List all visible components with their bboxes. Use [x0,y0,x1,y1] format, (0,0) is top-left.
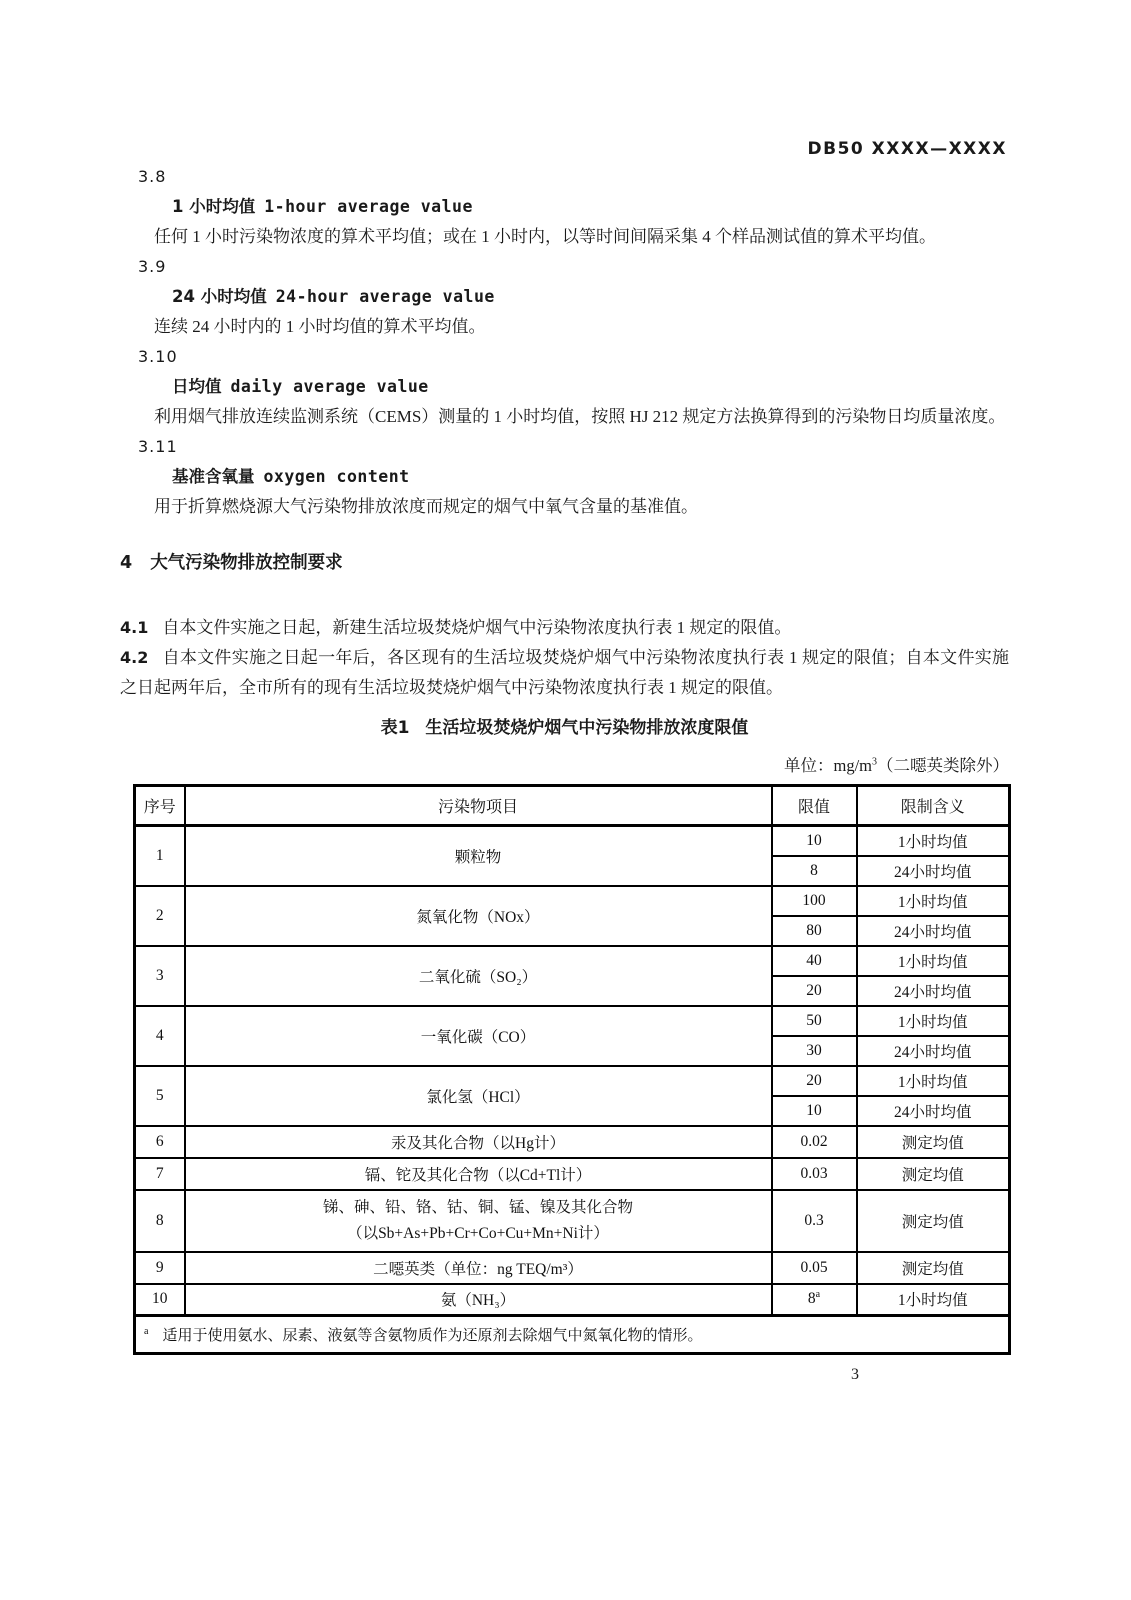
term-heading-3-9: 24 小时均值24-hour average value [172,282,1009,312]
cell-limit: 0.3 [772,1190,857,1252]
clause-4-1: 4.1自本文件实施之日起，新建生活垃圾焚烧炉烟气中污染物浓度执行表 1 规定的限… [120,613,1009,643]
cell-limit: 0.02 [772,1126,857,1158]
footnote-marker: a [144,1326,148,1337]
table-row: 10 氨（NH₃） 8a 1小时均值 [135,1284,1010,1316]
header-cell-limit: 限值 [772,786,857,826]
cell-no: 5 [135,1066,185,1126]
cell-meaning: 1小时均值 [857,1284,1010,1316]
section-number-3-9: 3.9 [138,252,1009,282]
term-heading-3-10: 日均值daily average value [172,372,1009,402]
cell-limit: 40 [772,946,857,976]
term-heading-3-11: 基准含氧量oxygen content [172,462,1009,492]
definition-3-10: 利用烟气排放连续监测系统（CEMS）测量的 1 小时均值，按照 HJ 212 规… [120,402,1009,432]
cell-meaning: 24小时均值 [857,1096,1010,1126]
cell-pollutant: 氮氧化物（NOx） [185,886,772,946]
cell-limit: 30 [772,1036,857,1066]
table-row: 8 锑、砷、铅、铬、钴、铜、锰、镍及其化合物 （以Sb+As+Pb+Cr+Co+… [135,1190,1010,1252]
cell-pollutant: 一氧化碳（CO） [185,1006,772,1066]
cell-limit: 10 [772,1096,857,1126]
cell-pollutant: 汞及其化合物（以Hg计） [185,1126,772,1158]
table-caption-label: 表1 [381,718,410,738]
table-row: 6 汞及其化合物（以Hg计） 0.02 测定均值 [135,1126,1010,1158]
pollutant-line-1: 锑、砷、铅、铬、钴、铜、锰、镍及其化合物 [190,1195,767,1221]
cell-meaning: 24小时均值 [857,916,1010,946]
limit-superscript: a [816,1289,820,1300]
emission-limits-table: 序号 污染物项目 限值 限制含义 1 颗粒物 10 1小时均值 [133,784,1011,1355]
term-en: 24-hour average value [276,287,495,306]
cell-meaning: 1小时均值 [857,826,1010,856]
definition-3-9: 连续 24 小时内的 1 小时均值的算术平均值。 [120,312,1009,342]
table-row: 2 氮氧化物（NOx） 100 1小时均值 [135,886,1010,916]
cell-limit: 0.03 [772,1158,857,1190]
unit-suffix: （二噁英类除外） [877,756,1009,775]
cell-limit: 50 [772,1006,857,1036]
definition-3-11: 用于折算燃烧源大气污染物排放浓度而规定的烟气中氧气含量的基准值。 [120,492,1009,522]
table-row: 3 二氧化硫（SO₂） 40 1小时均值 [135,946,1010,976]
definition-3-8: 任何 1 小时污染物浓度的算术平均值；或在 1 小时内，以等时间间隔采集 4 个… [120,222,1009,252]
section-number-3-10: 3.10 [138,342,1009,372]
cell-limit: 0.05 [772,1252,857,1284]
table-footnote-row: a适用于使用氨水、尿素、液氨等含氨物质作为还原剂去除烟气中氮氧化物的情形。 [135,1316,1010,1354]
cell-meaning: 1小时均值 [857,1006,1010,1036]
cell-meaning: 24小时均值 [857,1036,1010,1066]
cell-limit: 100 [772,886,857,916]
chapter-title: 大气污染物排放控制要求 [150,553,343,573]
cell-no: 9 [135,1252,185,1284]
term-cn: 1 小时均值 [172,197,255,216]
header-cell-no: 序号 [135,786,185,826]
cell-pollutant: 颗粒物 [185,826,772,886]
section-number-3-11: 3.11 [138,432,1009,462]
cell-meaning: 测定均值 [857,1126,1010,1158]
cell-pollutant: 氯化氢（HCl） [185,1066,772,1126]
term-en: oxygen content [264,467,410,486]
cell-limit: 20 [772,976,857,1006]
cell-limit: 8a [772,1284,857,1316]
cell-no: 3 [135,946,185,1006]
cell-limit: 8 [772,856,857,886]
cell-no: 10 [135,1284,185,1316]
cell-pollutant: 氨（NH₃） [185,1284,772,1316]
table-row: 7 镉、铊及其化合物（以Cd+Tl计） 0.03 测定均值 [135,1158,1010,1190]
table-row: 5 氯化氢（HCl） 20 1小时均值 [135,1066,1010,1096]
table-row: 1 颗粒物 10 1小时均值 [135,826,1010,856]
cell-no: 8 [135,1190,185,1252]
term-cn: 24 小时均值 [172,287,267,306]
term-heading-3-8: 1 小时均值1-hour average value [172,192,1009,222]
header-cell-meaning: 限制含义 [857,786,1010,826]
cell-meaning: 1小时均值 [857,946,1010,976]
cell-pollutant: 二噁英类（单位：ng TEQ/m³） [185,1252,772,1284]
section-number-3-8: 3.8 [138,162,1009,192]
cell-pollutant: 锑、砷、铅、铬、钴、铜、锰、镍及其化合物 （以Sb+As+Pb+Cr+Co+Cu… [185,1190,772,1252]
limit-value: 8 [808,1290,816,1307]
cell-meaning: 1小时均值 [857,1066,1010,1096]
cell-no: 1 [135,826,185,886]
clause-4-2: 4.2自本文件实施之日起一年后，各区现有的生活垃圾焚烧炉烟气中污染物浓度执行表 … [120,643,1009,703]
clause-text: 自本文件实施之日起，新建生活垃圾焚烧炉烟气中污染物浓度执行表 1 规定的限值。 [162,618,791,637]
cell-pollutant: 二氧化硫（SO₂） [185,946,772,1006]
table-unit-note: 单位：mg/m3（二噁英类除外） [120,753,1009,779]
footnote-text: 适用于使用氨水、尿素、液氨等含氨物质作为还原剂去除烟气中氮氧化物的情形。 [162,1328,702,1344]
table-row: 4 一氧化碳（CO） 50 1小时均值 [135,1006,1010,1036]
cell-meaning: 测定均值 [857,1190,1010,1252]
limits-table-wrap: 序号 污染物项目 限值 限制含义 1 颗粒物 10 1小时均值 [133,784,1009,1355]
clause-number: 4.2 [120,648,148,667]
cell-meaning: 测定均值 [857,1252,1010,1284]
cell-no: 6 [135,1126,185,1158]
term-cn: 基准含氧量 [172,467,255,486]
cell-limit: 20 [772,1066,857,1096]
clause-number: 4.1 [120,618,148,637]
cell-no: 2 [135,886,185,946]
cell-meaning: 测定均值 [857,1158,1010,1190]
term-cn: 日均值 [172,377,222,396]
chapter-number: 4 [120,553,132,573]
header-cell-pollutant: 污染物项目 [185,786,772,826]
cell-no: 4 [135,1006,185,1066]
table-caption: 表1生活垃圾焚烧炉烟气中污染物排放浓度限值 [120,713,1009,743]
page-number: 3 [120,1363,1009,1387]
doc-header-code: DB50 XXXX—XXXX [0,0,1131,162]
chapter-heading: 4大气污染物排放控制要求 [120,548,1009,578]
cell-limit: 80 [772,916,857,946]
term-en: daily average value [231,377,429,396]
cell-limit: 10 [772,826,857,856]
cell-pollutant: 镉、铊及其化合物（以Cd+Tl计） [185,1158,772,1190]
table-footnote: a适用于使用氨水、尿素、液氨等含氨物质作为还原剂去除烟气中氮氧化物的情形。 [135,1316,1010,1354]
cell-meaning: 1小时均值 [857,886,1010,916]
cell-no: 7 [135,1158,185,1190]
document-page: DB50 XXXX—XXXX 3.8 1 小时均值1-hour average … [0,0,1131,1600]
table-caption-text: 生活垃圾焚烧炉烟气中污染物排放浓度限值 [425,718,748,738]
unit-prefix: 单位：mg/m [784,756,872,775]
term-en: 1-hour average value [264,197,473,216]
pollutant-line-2: （以Sb+As+Pb+Cr+Co+Cu+Mn+Ni计） [190,1221,767,1247]
clause-text: 自本文件实施之日起一年后，各区现有的生活垃圾焚烧炉烟气中污染物浓度执行表 1 规… [120,648,1009,697]
cell-meaning: 24小时均值 [857,976,1010,1006]
table-header-row: 序号 污染物项目 限值 限制含义 [135,786,1010,826]
cell-meaning: 24小时均值 [857,856,1010,886]
table-row: 9 二噁英类（单位：ng TEQ/m³） 0.05 测定均值 [135,1252,1010,1284]
document-content: 3.8 1 小时均值1-hour average value 任何 1 小时污染… [120,162,1009,1387]
